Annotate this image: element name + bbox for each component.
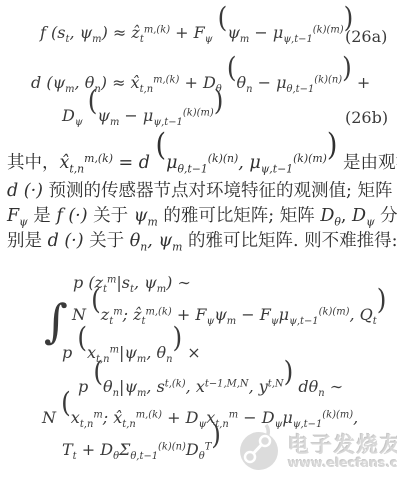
derivation-line-4: p (θn|ψm, st,(k), xt−1,M,N, yt,N) dθn ∼: [78, 376, 343, 398]
integral-sign: ∫: [44, 298, 68, 344]
equation-26b-line1: d (ψm, θn) ≈ x̂t,nm,(k) + Dθ (θn − μθ,t−…: [31, 72, 370, 94]
page-container: f (st, ψm) ≈ ẑtm,(k) + Fψ (ψm − μψ,t−1(k…: [0, 0, 397, 483]
paragraph-line-3: Fψ 是 f (·) 关于 ψm 的雅可比矩阵; 矩阵 Dθ, Dψ 分: [7, 203, 397, 229]
derivation-line-6: Tt + DθΣθ,t−1(k)(n)DθT): [62, 439, 221, 461]
watermark-site-url: www.elecfans.com: [288, 455, 397, 470]
equation-26a: f (st, ψm) ≈ ẑtm,(k) + Fψ (ψm − μψ,t−1(k…: [40, 22, 353, 44]
paragraph-line-1: 其中，x̂t,nm,(k) = d (μθ,t−1(k)(n), μψ,t−1(…: [7, 150, 397, 176]
elecfans-logo-icon: [236, 424, 282, 476]
equation-26b-line2: Dψ (ψm − μψ,t−1(k)(m)): [62, 105, 223, 127]
equation-26a-number: (26a): [345, 26, 387, 48]
derivation-line-3: p (xt,nm|ψm, θn) ×: [62, 342, 201, 364]
paragraph-line-4: 别是 d (·) 关于 θn, ψm 的雅可比矩阵. 则不难推得:: [7, 228, 397, 254]
derivation-line-2: N (ztm; ẑtm,(k) + Fψψm − Fψμψ,t−1(k)(m),…: [72, 304, 386, 326]
paragraph-line-2: d (·) 预测的传感器节点对环境特征的观测值; 矩阵: [7, 178, 393, 204]
watermark: 电子发烧友 www.elecfans.com: [236, 422, 396, 480]
equation-26b-number: (26b): [345, 107, 388, 129]
